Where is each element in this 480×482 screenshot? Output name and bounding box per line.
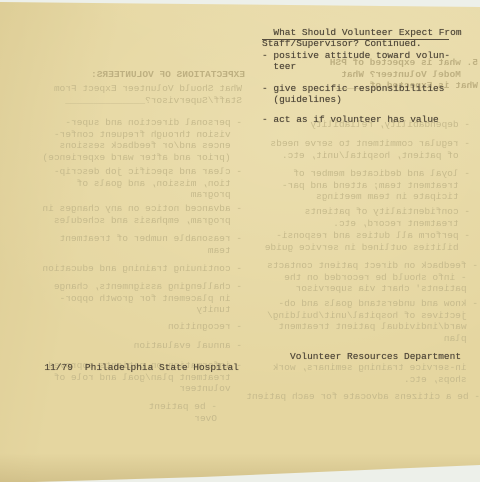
bleedthrough-text: - be patient	[15, 401, 217, 413]
footer-department: Volunteer Resources Department	[290, 351, 461, 362]
bleedthrough-text: - advanced notice on any changes in prog…	[15, 203, 242, 226]
bleedthrough-text: - confidentiality of patients treatment …	[255, 206, 470, 229]
page-title-line1: What Should Volunteer Expect From	[273, 27, 461, 38]
footer-organization: Philadelphia State Hospital	[85, 362, 239, 373]
bullet-item: - positive attitude toward volun- teer	[262, 50, 450, 72]
bleedthrough-text: - annual evaluation	[15, 340, 242, 352]
bleedthrough-text: - know and understand goals and ob- ject…	[255, 298, 478, 344]
bleedthrough-text: - challenging assignments, change in pla…	[15, 281, 242, 316]
footer-date: 11/79	[44, 362, 73, 373]
bullet-item: - act as if volunteer has value	[262, 114, 439, 125]
bleedthrough-text: - be a citizens advocate for each patien…	[255, 391, 480, 403]
footer-left: 11/79Philadelphia State Hospital	[33, 351, 239, 373]
bleedthrough-text: - feedback on direct patient contacts - …	[255, 260, 478, 295]
page-title: What Should Volunteer Expect From Staff/…	[262, 16, 462, 49]
bleedthrough-text: - loyal and dedicated member of treatmen…	[255, 168, 470, 203]
title-underline	[262, 39, 449, 40]
bleedthrough-text: - regular commitment to serve needs of p…	[255, 138, 470, 161]
bleedthrough-text: - recognition	[15, 321, 242, 333]
bullet-item: - give specific responsibilities (guidel…	[262, 83, 444, 105]
bleedthrough-text: in-service training seminars, work shops…	[255, 362, 478, 385]
bleedthrough-text: - perform all duties and responsi- bilit…	[255, 230, 470, 253]
bleedthrough-text: - clear and specific job descrip- tion, …	[15, 166, 242, 201]
bleedthrough-text: - continuing training and education	[15, 263, 242, 275]
bleedthrough-text: What Should Volunteer Expect From Staff/…	[15, 83, 242, 106]
bleedthrough-text: Over	[15, 413, 217, 425]
bleedthrough-text: - personal direction and super- vision t…	[15, 117, 242, 163]
bleedthrough-text: - reasonable number of treatment team	[15, 233, 242, 256]
bleedthrough-text: EXPECTATIONS OF VOLUNTEERS:	[15, 69, 245, 81]
